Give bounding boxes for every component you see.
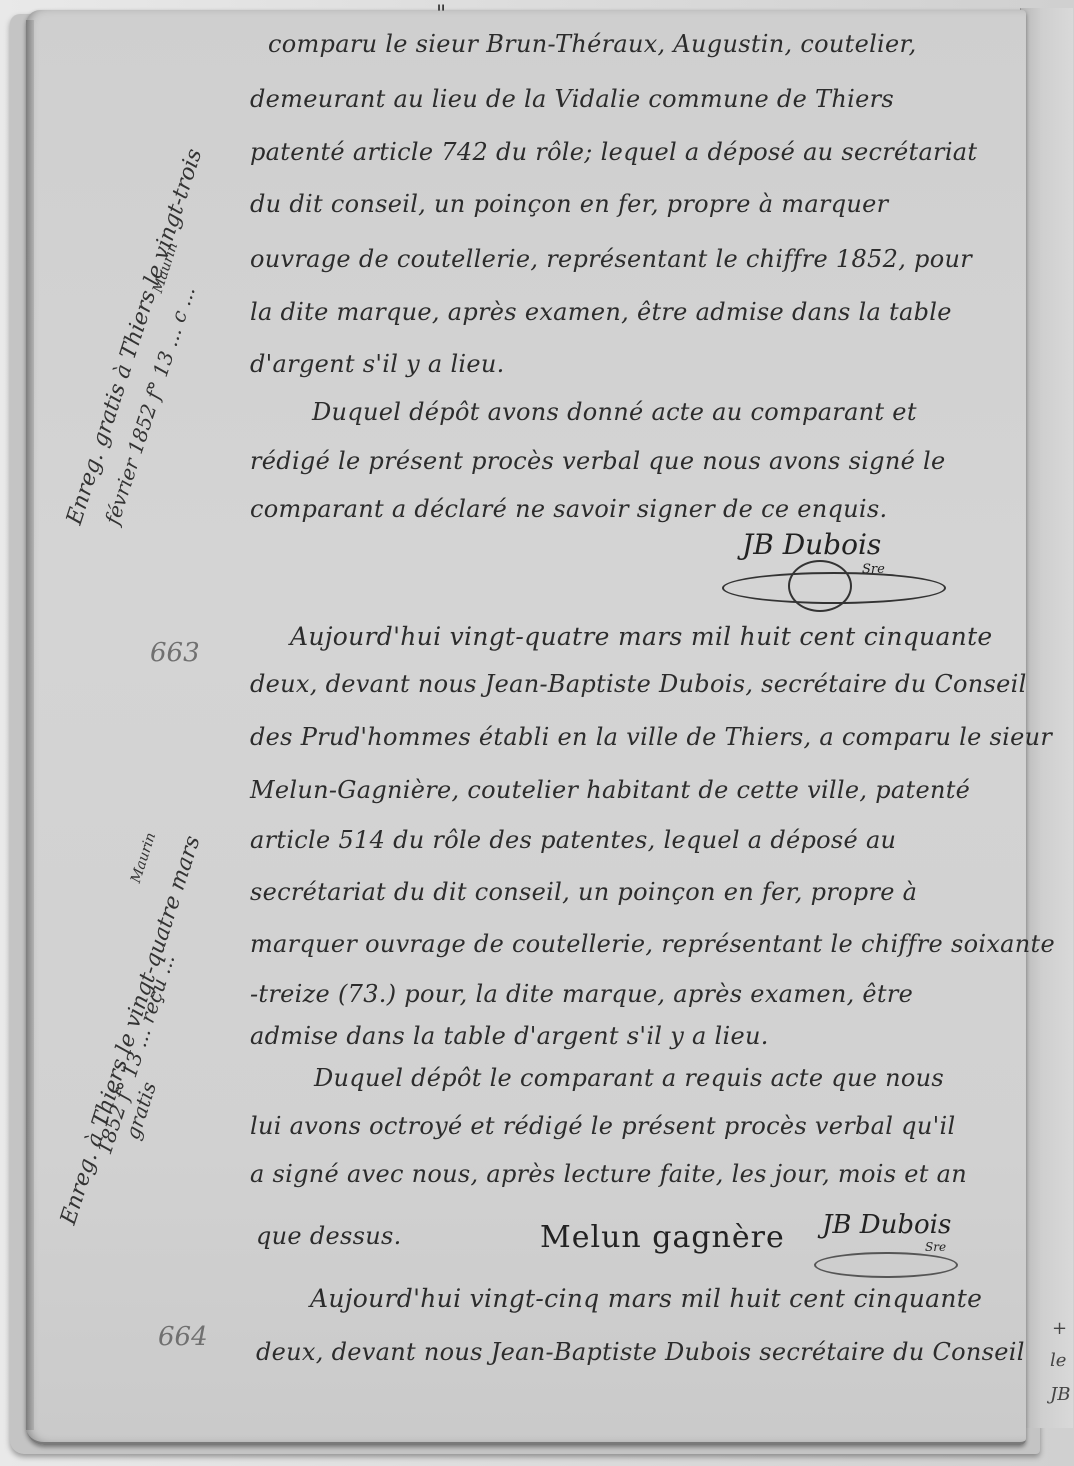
entry-2-line-1: Aujourd'hui vingt-quatre mars mil huit c… bbox=[290, 622, 993, 651]
entry-3-line-2: deux, devant nous Jean-Baptiste Dubois s… bbox=[256, 1338, 1025, 1366]
header-mark: " bbox=[436, 2, 446, 27]
signature-dubois-1: JB Dubois bbox=[742, 528, 881, 561]
folio-number-663: 663 bbox=[150, 638, 200, 668]
entry-2-line-8: -treize (73.) pour, la dite marque, aprè… bbox=[250, 980, 913, 1008]
entry-1-closing-3: comparant a déclaré ne savoir signer de … bbox=[250, 495, 887, 523]
edge-fragment-1: + bbox=[1052, 1318, 1067, 1339]
entry-2-line-4: Melun-Gagnière, coutelier habitant de ce… bbox=[250, 776, 970, 804]
entry-1-line-3: patenté article 742 du rôle; lequel a dé… bbox=[250, 138, 977, 166]
entry-1-line-1: comparu le sieur Brun-Théraux, Augustin,… bbox=[268, 30, 917, 58]
entry-2-line-3: des Prud'hommes établi en la ville de Th… bbox=[250, 723, 1052, 751]
edge-fragment-2: le bbox=[1050, 1350, 1066, 1371]
signature-flourish-1b bbox=[788, 560, 852, 612]
entry-1-closing-2: rédigé le présent procès verbal que nous… bbox=[250, 447, 946, 475]
entry-1-line-5: ouvrage de coutellerie, représentant le … bbox=[250, 245, 972, 273]
entry-1-line-4: du dit conseil, un poinçon en fer, propr… bbox=[250, 190, 888, 218]
signature-dubois-2: JB Dubois bbox=[822, 1210, 951, 1240]
entry-1-line-2: demeurant au lieu de la Vidalie commune … bbox=[250, 85, 894, 113]
entry-2-closing-3: a signé avec nous, après lecture faite, … bbox=[250, 1160, 967, 1188]
entry-2-line-9: admise dans la table d'argent s'il y a l… bbox=[250, 1022, 769, 1050]
signature-title-2: Sre bbox=[925, 1240, 946, 1254]
facing-page-edge bbox=[1020, 8, 1073, 1428]
signature-melun-gagniere: Melun gagnère bbox=[540, 1220, 785, 1255]
signature-flourish-2 bbox=[814, 1252, 958, 1278]
entry-1-line-7: d'argent s'il y a lieu. bbox=[250, 350, 505, 378]
entry-2-closing-4: que dessus. bbox=[256, 1222, 402, 1250]
entry-2-closing-1: Duquel dépôt le comparant a requis acte … bbox=[314, 1064, 944, 1092]
edge-fragment-3: JB bbox=[1050, 1384, 1070, 1405]
folio-number-664: 664 bbox=[158, 1322, 208, 1352]
entry-2-closing-2: lui avons octroyé et rédigé le présent p… bbox=[250, 1112, 955, 1140]
entry-2-line-7: marquer ouvrage de coutellerie, représen… bbox=[250, 930, 1055, 958]
entry-2-line-6: secrétariat du dit conseil, un poinçon e… bbox=[250, 878, 917, 906]
entry-1-closing-1: Duquel dépôt avons donné acte au compara… bbox=[312, 398, 917, 426]
entry-1-line-6: la dite marque, après examen, être admis… bbox=[250, 298, 952, 326]
entry-2-line-5: article 514 du rôle des patentes, lequel… bbox=[250, 826, 896, 854]
binding-shadow bbox=[26, 20, 34, 1430]
entry-2-line-2: deux, devant nous Jean-Baptiste Dubois, … bbox=[250, 670, 1027, 698]
entry-3-line-1: Aujourd'hui vingt-cinq mars mil huit cen… bbox=[310, 1284, 982, 1313]
